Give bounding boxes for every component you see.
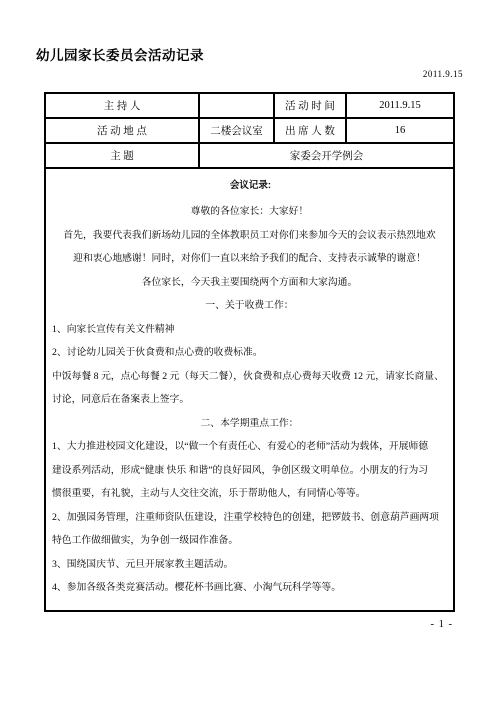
minutes-line: 惯很重要，有礼貌，主动与人交往交流，乐于帮助他人，有同情心等等。 bbox=[50, 482, 449, 506]
minutes-line: 一、关于收费工作： bbox=[50, 294, 449, 318]
minutes-line: 2、加强园务管理，注重师资队伍建设，注重学校特色的创建，把锣鼓书、创意葫芦画两项 bbox=[50, 506, 449, 530]
minutes-line: 讨论，同意后在备案表上签字。 bbox=[50, 388, 449, 412]
document-page: 幼儿园家长委员会活动记录 2011.9.15 主 持 人 活 动 时 间 201… bbox=[0, 0, 496, 702]
host-label-cell: 主 持 人 bbox=[45, 93, 199, 118]
minutes-label: 会议记录: bbox=[50, 177, 449, 191]
minutes-line: 3、围绕国庆节、元旦开展家教主题活动。 bbox=[50, 553, 449, 577]
minutes-line: 尊敬的各位家长：大家好！ bbox=[50, 200, 449, 224]
document-title: 幼儿园家长委员会活动记录 bbox=[36, 44, 204, 64]
minutes-line: 二、本学期重点工作： bbox=[50, 412, 449, 436]
time-label-cell: 活 动 时 间 bbox=[274, 93, 346, 118]
minutes-line: 迎和衷心地感谢！同时，对你们一直以来给予我们的配合、支持表示诚挚的谢意！ bbox=[50, 247, 449, 271]
table-row-topic: 主 题 家委会开学例会 bbox=[45, 143, 454, 168]
minutes-line: 建设系列活动，形成“健康 快乐 和谐”的良好园风，争创区级文明单位。小朋友的行为… bbox=[50, 459, 449, 483]
topic-value-cell: 家委会开学例会 bbox=[199, 143, 454, 168]
attendance-label-cell: 出 席 人 数 bbox=[274, 118, 346, 143]
minutes-line: 首先，我要代表我们新场幼儿园的全体教职员工对你们来参加今天的会议表示热烈地欢 bbox=[50, 224, 449, 248]
attendance-value-cell: 16 bbox=[346, 118, 454, 143]
time-value-cell: 2011.9.15 bbox=[346, 93, 454, 118]
table-row-location-attendance: 活 动 地 点 二楼会议室 出 席 人 数 16 bbox=[45, 118, 454, 143]
minutes-line: 中饭每餐 8 元，点心每餐 2 元（每天二餐），伙食费和点心费每天收费 12 元… bbox=[50, 365, 449, 389]
minutes-line: 各位家长，今天我主要围绕两个方面和大家沟通。 bbox=[50, 271, 449, 295]
minutes-line: 特色工作做细做实，为争创一级园作准备。 bbox=[50, 529, 449, 553]
table-row-minutes: 会议记录: 尊敬的各位家长：大家好！ 首先，我要代表我们新场幼儿园的全体教职员工… bbox=[45, 168, 454, 611]
minutes-line: 4、参加各级各类竞赛活动。樱花杯书画比赛、小淘气玩科学等等。 bbox=[50, 576, 449, 600]
minutes-cell: 会议记录: 尊敬的各位家长：大家好！ 首先，我要代表我们新场幼儿园的全体教职员工… bbox=[45, 168, 454, 611]
minutes-content: 尊敬的各位家长：大家好！ 首先，我要代表我们新场幼儿园的全体教职员工对你们来参加… bbox=[50, 200, 449, 600]
document-date: 2011.9.15 bbox=[423, 69, 463, 79]
location-label-cell: 活 动 地 点 bbox=[45, 118, 199, 143]
minutes-line: 1、向家长宣传有关文件精神 bbox=[50, 318, 449, 342]
location-value-cell: 二楼会议室 bbox=[199, 118, 274, 143]
minutes-line: 2、讨论幼儿园关于伙食费和点心费的收费标准。 bbox=[50, 341, 449, 365]
topic-label-cell: 主 题 bbox=[45, 143, 199, 168]
minutes-line: 1、大力推进校园文化建设，以“做一个有责任心、有爱心的老师”活动为载体，开展师德 bbox=[50, 435, 449, 459]
host-value-cell bbox=[199, 93, 274, 118]
page-number: - 1 - bbox=[431, 619, 454, 630]
table-row-host-time: 主 持 人 活 动 时 间 2011.9.15 bbox=[45, 93, 454, 118]
meeting-info-table: 主 持 人 活 动 时 间 2011.9.15 活 动 地 点 二楼会议室 出 … bbox=[44, 92, 455, 612]
